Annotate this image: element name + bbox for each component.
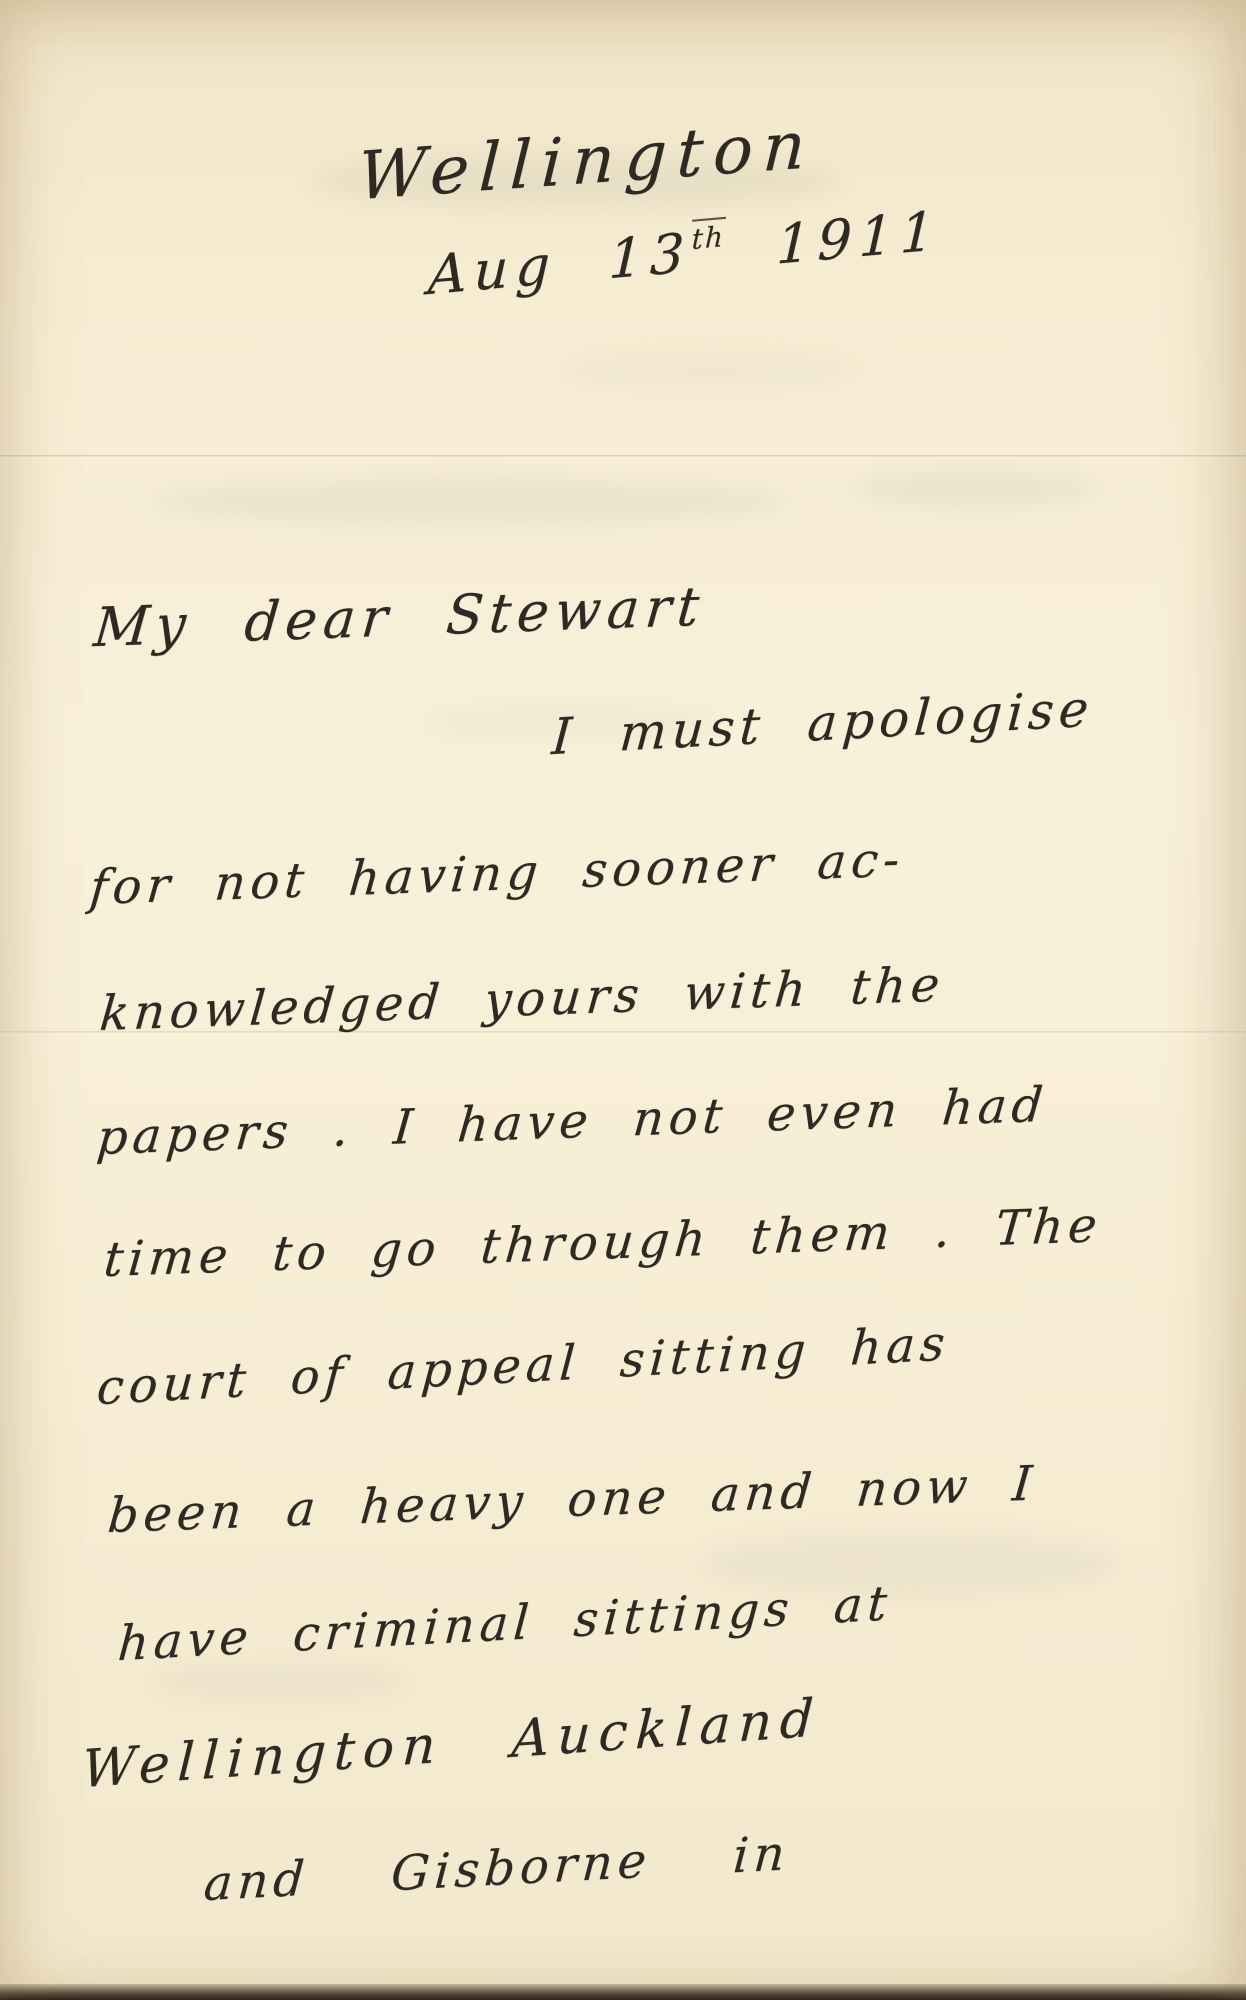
opening-line: I must apologise: [550, 679, 1096, 766]
body-line-1: for not having sooner ac-: [88, 831, 907, 916]
body-line-6: been a heavy one and now I: [106, 1455, 1039, 1544]
date-year: 1911: [775, 199, 942, 277]
letter-date-line: Aug 13th 1911: [427, 199, 942, 307]
fold-crease-upper: [0, 455, 1246, 459]
date-day-month: Aug 13: [427, 221, 692, 307]
salutation-line: My dear Stewart: [91, 575, 707, 660]
body-line-2: knowledged yours with the: [98, 956, 947, 1042]
body-line-8: Wellington Auckland: [80, 1688, 822, 1800]
scan-bottom-edge: [0, 1984, 1246, 2000]
body-line-9: and Gisborne in: [202, 1825, 791, 1912]
letter-place-line: Wellington: [356, 106, 817, 215]
body-line-7: have criminal sittings at: [116, 1575, 894, 1672]
letter-page: Wellington Aug 13th 1911 My dear Stewart…: [0, 0, 1246, 2000]
ink-show-through-smudge: [150, 478, 790, 526]
body-line-4: time to go through them . The: [102, 1197, 1105, 1288]
body-line-5: court of appeal sitting has: [95, 1315, 952, 1416]
ink-show-through-smudge: [850, 470, 1100, 508]
body-line-3: papers . I have not even had: [95, 1077, 1050, 1166]
date-ordinal-superscript: th: [691, 217, 726, 256]
ink-show-through-smudge: [560, 350, 860, 390]
